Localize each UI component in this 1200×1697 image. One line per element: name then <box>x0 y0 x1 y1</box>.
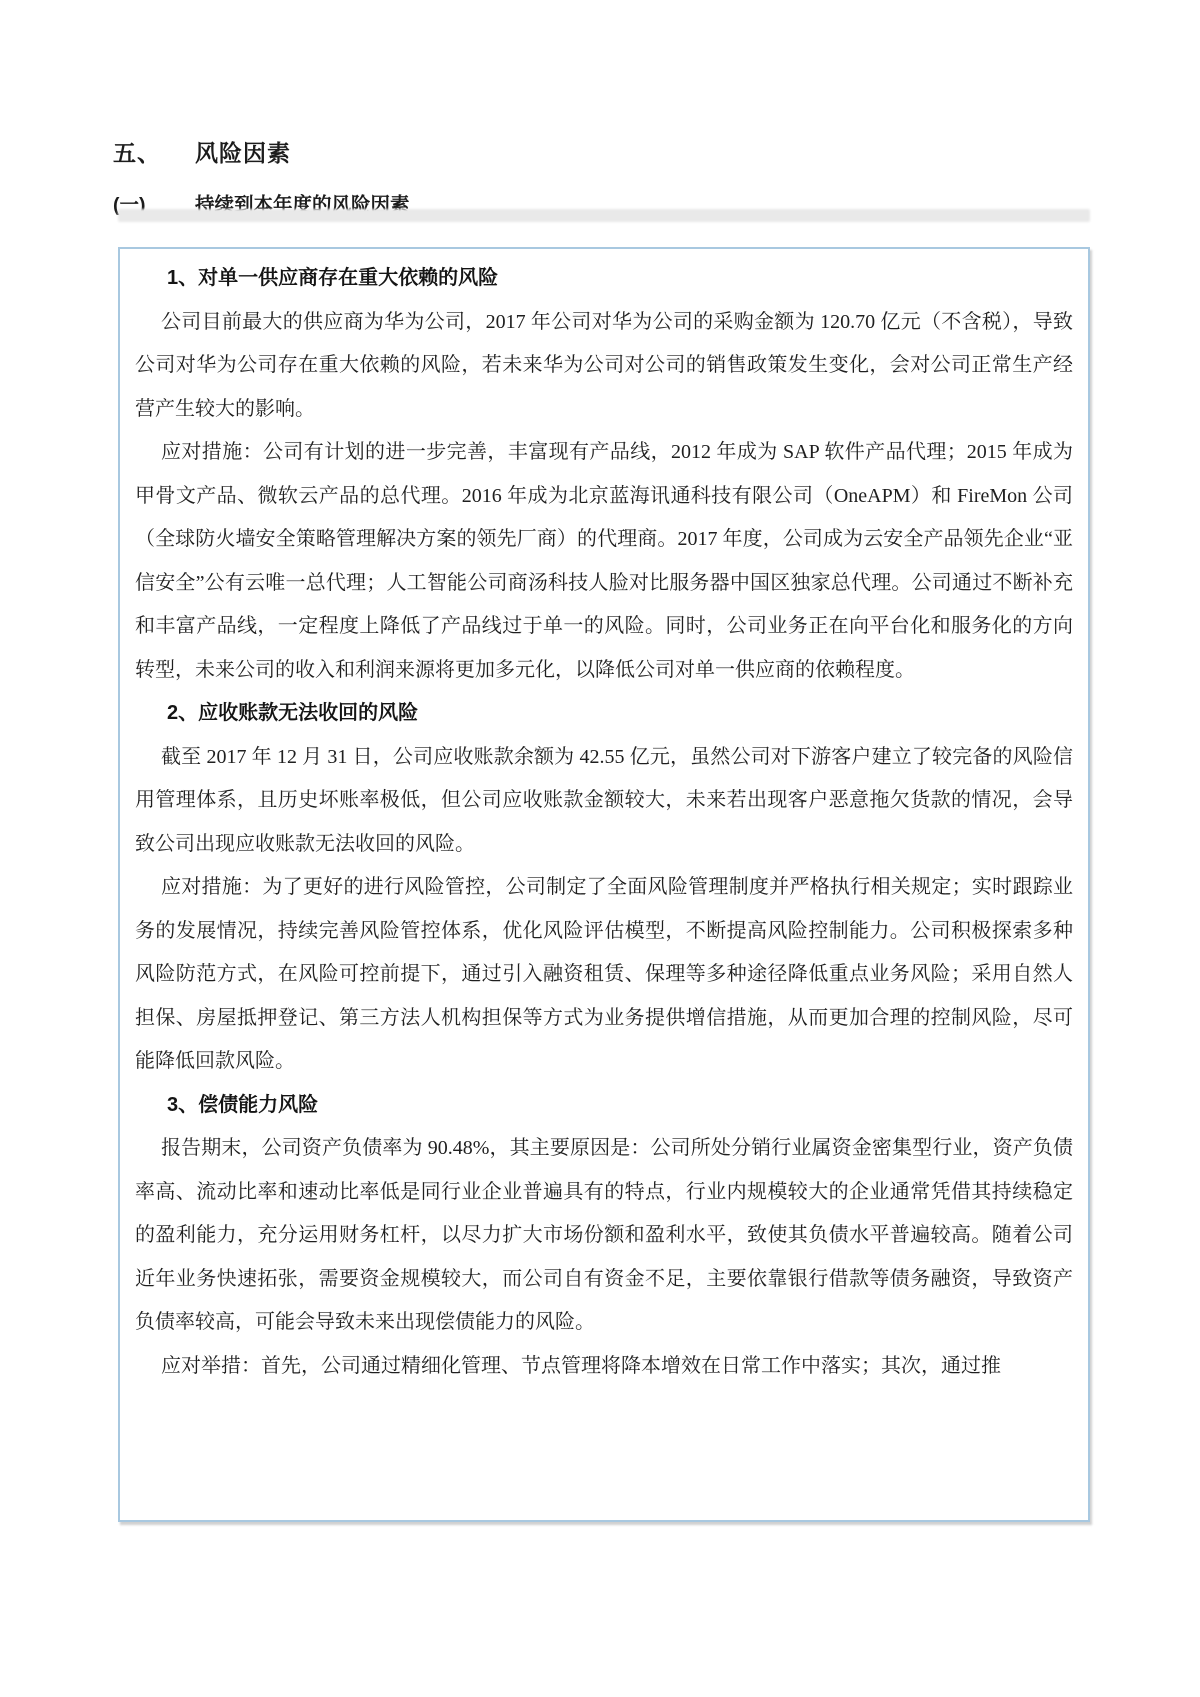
risk-section-title-2: 2、应收账款无法收回的风险 <box>135 692 1073 736</box>
risk-section-3-countermeasures: 应对举措：首先，公司通过精细化管理、节点管理将降本增效在日常工作中落实；其次，通… <box>135 1345 1073 1389</box>
chapter-title: 风险因素 <box>195 140 291 166</box>
chapter-number: 五、 <box>113 135 195 168</box>
risk-section-1-paragraph: 公司目前最大的供应商为华为公司，2017 年公司对华为公司的采购金额为 120.… <box>135 301 1073 432</box>
risk-section-title-1: 1、对单一供应商存在重大依赖的风险 <box>135 257 1073 301</box>
risk-section-title-3: 3、偿债能力风险 <box>135 1084 1073 1128</box>
risk-section-2-paragraph: 截至 2017 年 12 月 31 日，公司应收账款余额为 42.55 亿元，虽… <box>135 736 1073 867</box>
risk-factors-box: 1、对单一供应商存在重大依赖的风险 公司目前最大的供应商为华为公司，2017 年… <box>118 247 1090 1522</box>
risk-section-1-countermeasures: 应对措施：公司有计划的进一步完善，丰富现有产品线，2012 年成为 SAP 软件… <box>135 431 1073 692</box>
chapter-heading: 五、风险因素 <box>113 0 1200 168</box>
document-page: 五、风险因素 (一)持续到本年度的风险因素 1、对单一供应商存在重大依赖的风险 … <box>0 0 1200 1697</box>
risk-section-3-paragraph: 报告期末，公司资产负债率为 90.48%，其主要原因是：公司所处分销行业属资金密… <box>135 1127 1073 1345</box>
risk-section-2-countermeasures: 应对措施：为了更好的进行风险管控，公司制定了全面风险管理制度并严格执行相关规定；… <box>135 866 1073 1084</box>
scan-artifact-band <box>118 209 1090 222</box>
